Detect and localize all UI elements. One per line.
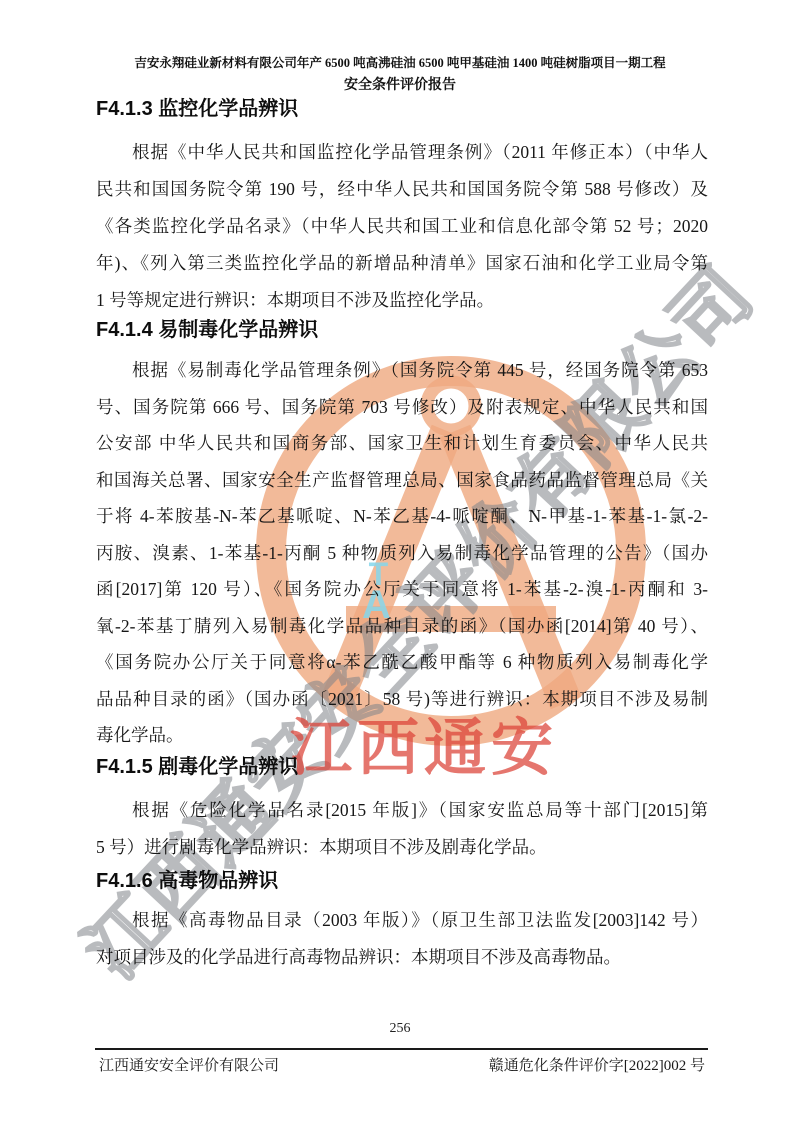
text-line: 号、国务院第 666 号、国务院第 703 号修改）及附表规定、中华人民共和国 [96,392,708,424]
text-line: 年)、《列入第三类监控化学品的新增品种清单》国家石油和化学工业局令第 [96,248,708,280]
text-line: 根据《易制毒化学品管理条例》（国务院令第 445 号，经国务院令第 653 [96,355,708,387]
section-heading: F4.1.4 易制毒化学品辨识 [96,318,708,344]
document-content: 吉安永翔硅业新材料有限公司年产 6500 吨高沸硅油 6500 吨甲基硅油 14… [0,0,800,1131]
text-line: 和国海关总署、国家安全生产监督管理总局、国家食品药品监督管理总局《关 [96,465,708,497]
text-line: 根据《危险化学品名录[2015 年版]》（国家安监总局等十部门[2015]第 [96,795,708,827]
text-line: 根据《高毒物品目录（2003 年版）》（原卫生部卫法监发[2003]142 号） [96,905,708,937]
text-line: 函[2017]第 120 号）、《国务院办公厅关于同意将 1-苯基-2-溴-1-… [96,574,708,606]
section-heading: F4.1.3 监控化学品辨识 [96,97,708,123]
text-line: 1 号等规定进行辨识：本期项目不涉及监控化学品。 [96,285,708,317]
text-line: 丙胺、溴素、1-苯基-1-丙酮 5 种物质列入易制毒化学品管理的公告》（国办 [96,538,708,570]
section-heading: F4.1.5 剧毒化学品辨识 [96,755,708,781]
text-line: 《各类监控化学品名录》（中华人民共和国工业和信息化部令第 52 号；2020 [96,211,708,243]
text-line: 公安部 中华人民共和国商务部、国家卫生和计划生育委员会、中华人民共 [96,428,708,460]
text-line: 民共和国国务院令第 190 号，经中华人民共和国国务院令第 588 号修改）及 [96,174,708,206]
text-line: 于将 4-苯胺基-N-苯乙基哌啶、N-苯乙基-4-哌啶酮、N-甲基-1-苯基-1… [96,501,708,533]
text-line: 5 号）进行剧毒化学品辨识：本期项目不涉及剧毒化学品。 [96,832,708,864]
footer-divider [95,1048,708,1050]
text-line: 《国务院办公厅关于同意将α-苯乙酰乙酸甲酯等 6 种物质列入易制毒化学 [96,647,708,679]
text-line: 毒化学品。 [96,720,708,752]
text-line: 品品种目录的函》（国办函〔2021〕58 号)等进行辨识：本期项目不涉及易制 [96,684,708,716]
footer-company: 江西通安安全评价有限公司 [99,1056,279,1076]
report-header-line2: 安全条件评价报告 [0,76,800,95]
text-line: 对项目涉及的化学品进行高毒物品辨识：本期项目不涉及高毒物品。 [96,942,708,974]
document-page: T A 江西通安安全评价有限公司 江西通安 吉安永翔硅业新材料有限公司年产 65… [0,0,800,1131]
text-line: 氧-2-苯基丁腈列入易制毒化学品品种目录的函》（国办函[2014]第 40 号）… [96,611,708,643]
section-heading: F4.1.6 高毒物品辨识 [96,869,708,895]
text-line: 根据《中华人民共和国监控化学品管理条例》（2011 年修正本）（中华人 [96,137,708,169]
page-number: 256 [0,1020,800,1038]
footer-doc-number: 赣通危化条件评价字[2022]002 号 [489,1056,705,1076]
report-header-line1: 吉安永翔硅业新材料有限公司年产 6500 吨高沸硅油 6500 吨甲基硅油 14… [0,55,800,72]
